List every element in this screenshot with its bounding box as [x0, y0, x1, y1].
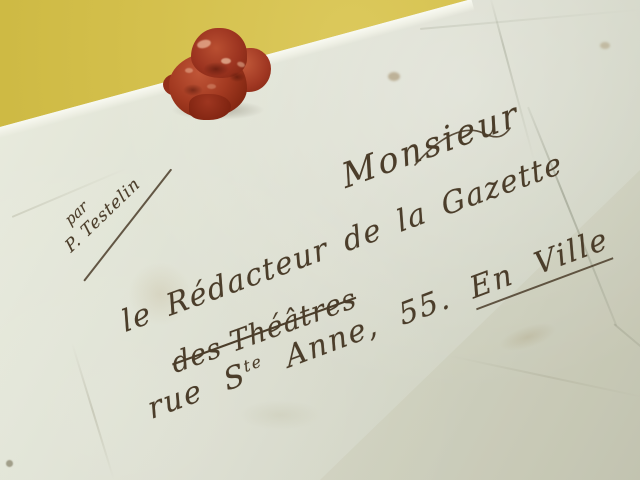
wax-highlight: [207, 84, 216, 89]
fold-crease: [71, 343, 114, 479]
wax-highlight: [221, 58, 231, 64]
letter-photo-scene: par P. Testelin Monsieur le Rédacteur de…: [0, 0, 640, 480]
pen-flourish: [413, 123, 513, 168]
red-wax-seal: [163, 28, 277, 122]
wax-crevice: [183, 84, 203, 96]
wax-crevice: [203, 62, 229, 76]
wax-crevice: [229, 72, 245, 82]
wax-highlight: [185, 68, 193, 73]
sender-annotation: par P. Testelin: [50, 158, 145, 257]
wax-blob: [189, 94, 231, 120]
paper-stain: [6, 460, 13, 467]
paper-stain: [600, 42, 610, 49]
paper-stain: [238, 400, 322, 430]
paper-stain: [388, 72, 400, 81]
